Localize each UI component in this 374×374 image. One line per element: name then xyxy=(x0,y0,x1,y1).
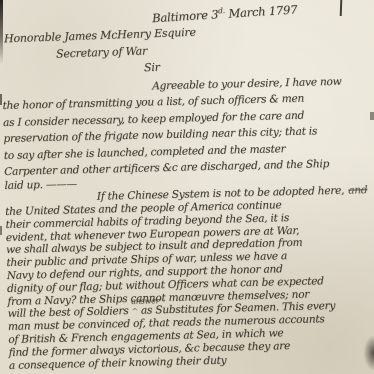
letter-body: Agreeable to your desire, I have now the… xyxy=(2,73,374,372)
date-rest: March 1797 xyxy=(225,2,298,20)
salutation: Sir xyxy=(144,61,160,75)
scan-edge-mark xyxy=(0,226,2,235)
date-line: Baltimore 3d. March 1797 xyxy=(152,2,298,26)
scan-tick-mark xyxy=(340,0,343,16)
addressee-title: Secretary of War xyxy=(56,44,147,60)
scan-edge-left xyxy=(0,0,3,64)
caret-mark: ^ xyxy=(131,307,138,316)
date-city: Baltimore xyxy=(152,8,212,26)
struck-word: and xyxy=(348,184,367,196)
insertion-point: ^answer xyxy=(131,305,138,317)
inserted-word: answer xyxy=(131,298,159,307)
letter-page: Baltimore 3d. March 1797 Honorable James… xyxy=(0,0,374,374)
addressee-name: Honorable James McHenry Esquire xyxy=(4,26,196,46)
